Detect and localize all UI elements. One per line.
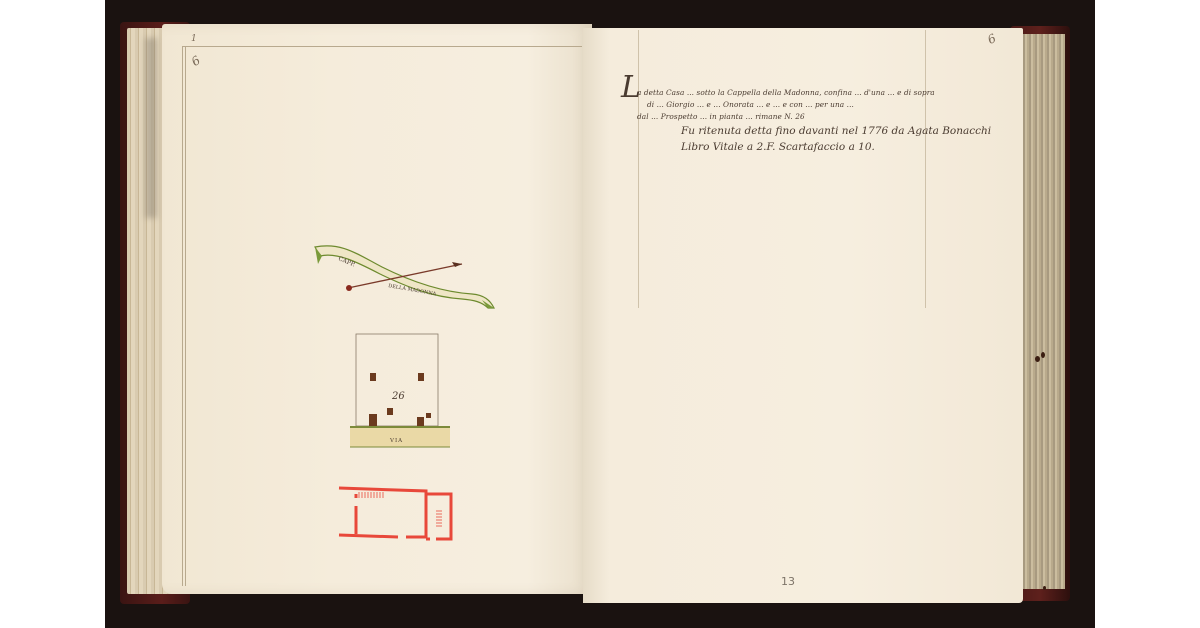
street-label: VIA — [389, 438, 403, 444]
right-page: 6 L a detta Casa ... sotto la Cappella d… — [583, 28, 1023, 603]
text-line-1: a detta Casa ... sotto la Cappella della… — [637, 88, 935, 97]
manuscript-photo: 1 6 CAPP. DELLA MADONNA 26 VIA — [105, 0, 1095, 628]
folio-mark-left: 6 — [189, 53, 203, 69]
page-number: 13 — [781, 575, 795, 588]
left-page: 1 6 CAPP. DELLA MADONNA 26 VIA — [162, 24, 592, 594]
house-elevation-drawing: 26 VIA — [350, 333, 452, 451]
banner-with-arrow: CAPP. DELLA MADONNA — [312, 242, 502, 312]
text-line-2: di ... Giorgio ... e ... Onorata ... e .… — [647, 100, 854, 109]
house-number: 26 — [391, 391, 405, 402]
note-line-2: Libro Vitale a 2.F. Scartafaccio a 10. — [681, 141, 875, 153]
left-page-margin-rule — [182, 46, 186, 586]
note-line-1: Fu ritenuta detta fino davanti nel 1776 … — [681, 125, 991, 137]
corner-mark: 1 — [191, 34, 197, 44]
folio-mark-right: 6 — [985, 31, 998, 47]
floor-plan-drawing — [336, 484, 456, 544]
right-page-stack — [1023, 34, 1065, 589]
text-line-3: dal ... Prospetto ... in pianta ... rima… — [637, 112, 805, 121]
right-page-right-margin-rule — [925, 30, 926, 308]
left-page-top-rule — [182, 46, 582, 47]
